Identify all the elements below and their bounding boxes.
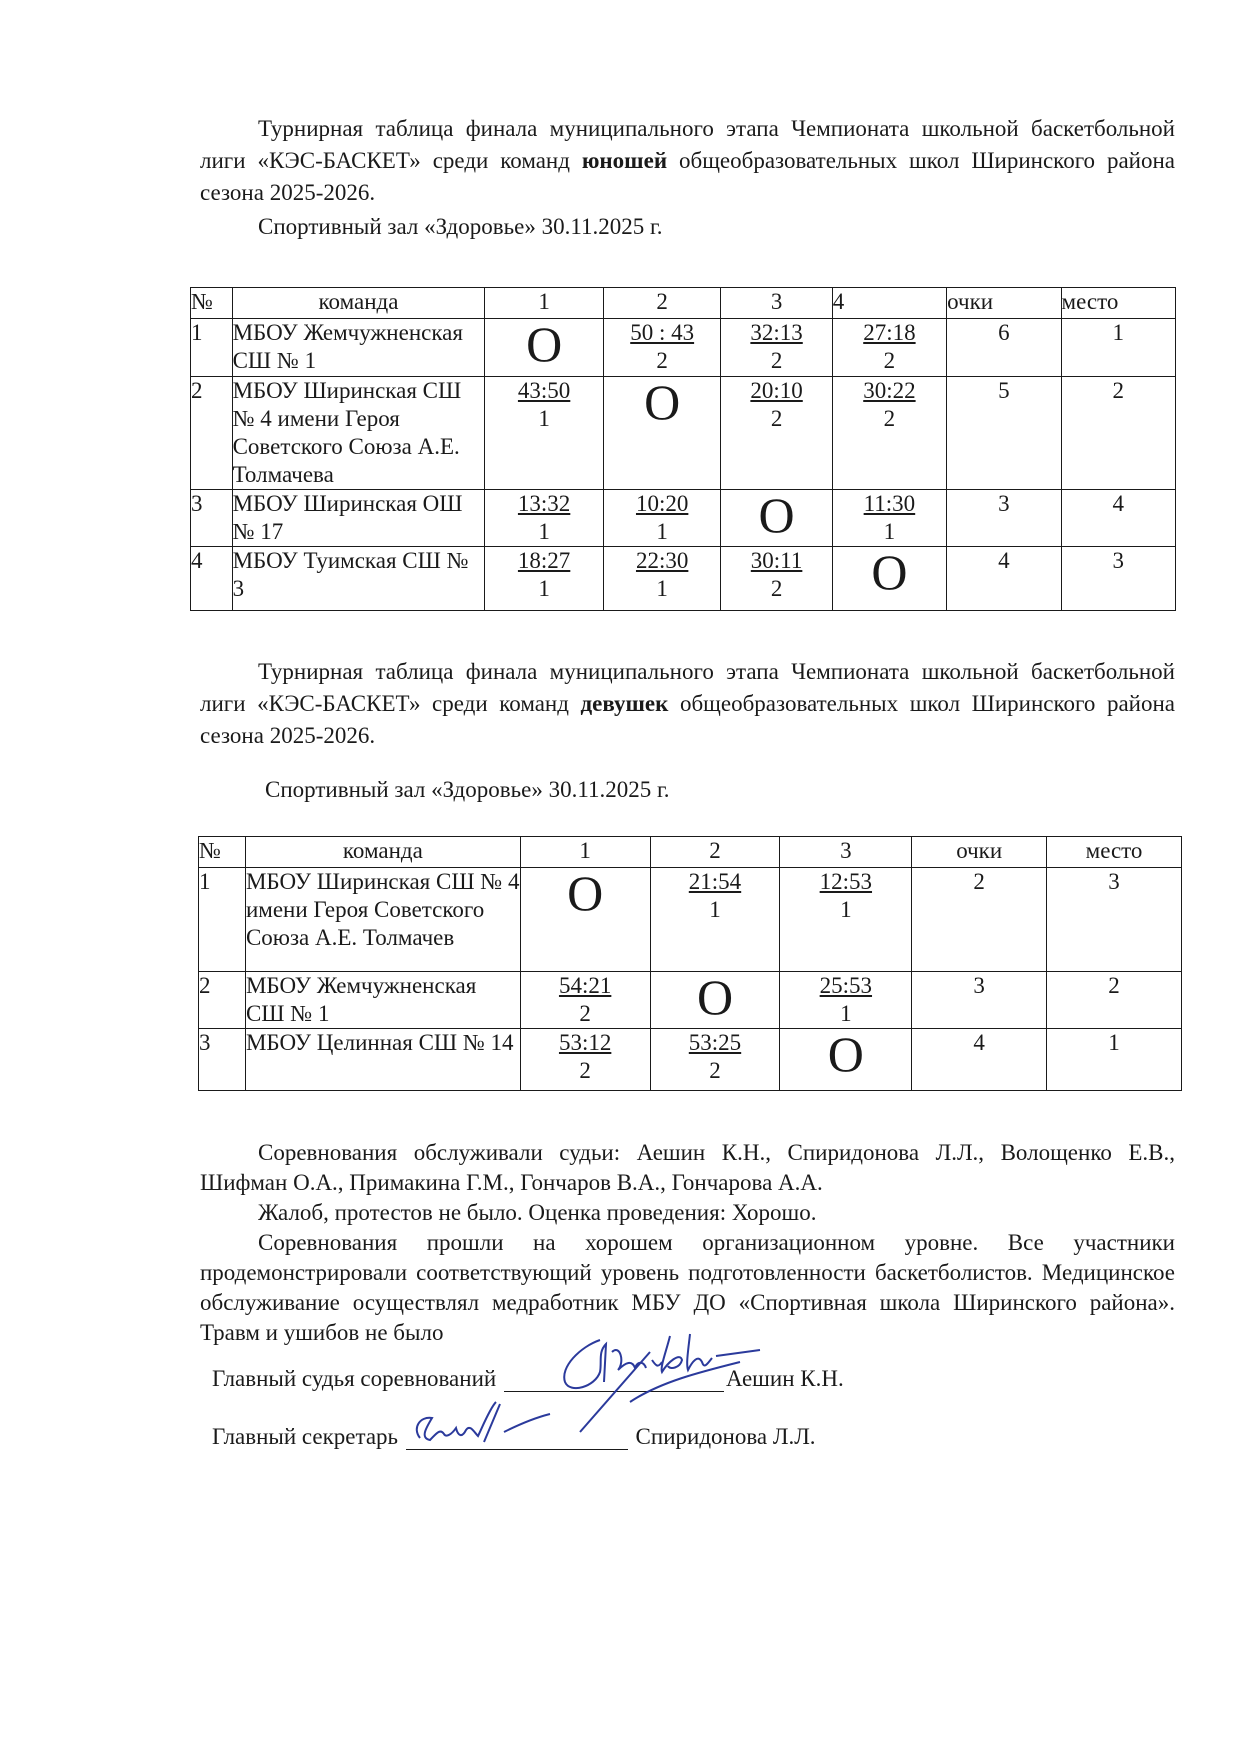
boys-venue: Спортивный зал «Здоровье» 30.11.2025 г.: [258, 214, 663, 240]
header-col-2: 2: [650, 837, 780, 868]
match-result-cell: 53:252: [650, 1029, 780, 1091]
match-result-cell: 13:321: [485, 490, 604, 547]
match-result-cell: 11:301: [832, 490, 946, 547]
match-result-cell: 10:201: [603, 490, 721, 547]
match-result-cell: 32:132: [721, 319, 832, 377]
row-number: 4: [191, 547, 233, 611]
match-points: 2: [521, 1000, 650, 1028]
girls-standings-table: № команда 1 2 3 очки место 1МБОУ Ширинск…: [198, 836, 1182, 1091]
self-match-cell: O: [832, 547, 946, 611]
self-match-cell: O: [780, 1029, 912, 1091]
match-score: 30:22: [833, 377, 946, 405]
chief-judge-label: Главный судья соревнований: [212, 1366, 496, 1391]
chief-judge-name: Аешин К.Н.: [726, 1366, 844, 1391]
match-result-cell: 30:112: [721, 547, 832, 611]
boys-intro-gender: юношей: [582, 148, 667, 173]
match-score: 18:27: [485, 547, 603, 575]
table-header-row: № команда 1 2 3 4 очки место: [191, 288, 1176, 319]
match-score: 43:50: [485, 377, 603, 405]
row-number: 1: [191, 319, 233, 377]
table-header-row: № команда 1 2 3 очки место: [199, 837, 1182, 868]
final-place: 2: [1061, 377, 1175, 490]
total-points: 2: [912, 868, 1047, 972]
girls-venue: Спортивный зал «Здоровье» 30.11.2025 г.: [265, 777, 670, 803]
team-name: МБОУ Жемчужненская СШ № 1: [232, 319, 485, 377]
header-col-1: 1: [485, 288, 604, 319]
header-points: очки: [912, 837, 1047, 868]
final-place: 3: [1061, 547, 1175, 611]
header-place: место: [1047, 837, 1182, 868]
match-points: 2: [833, 347, 946, 375]
match-score: 10:20: [604, 490, 721, 518]
header-team: команда: [232, 288, 485, 319]
self-match-cell: O: [485, 319, 604, 377]
row-number: 1: [199, 868, 246, 972]
match-score: 50 : 43: [604, 319, 721, 347]
match-score: 12:53: [780, 868, 911, 896]
match-points: 2: [604, 347, 721, 375]
total-points: 3: [947, 490, 1061, 547]
header-col-3: 3: [780, 837, 912, 868]
table-row: 1МБОУ Жемчужненская СШ № 1O50 : 43232:13…: [191, 319, 1176, 377]
match-score: 25:53: [780, 972, 911, 1000]
match-score: 21:54: [651, 868, 780, 896]
chief-judge-signature-row: Главный судья соревнований Аешин К.Н.: [212, 1366, 844, 1392]
referees-text: Соревнования обслуживали судьи: Аешин К.…: [200, 1140, 1175, 1195]
final-place: 1: [1047, 1029, 1182, 1091]
match-result-cell: 30:222: [832, 377, 946, 490]
match-result-cell: 43:501: [485, 377, 604, 490]
self-match-cell: O: [650, 972, 780, 1029]
row-number: 3: [199, 1029, 246, 1091]
match-result-cell: 53:122: [520, 1029, 650, 1091]
match-result-cell: 20:102: [721, 377, 832, 490]
summary-paragraph: Соревнования прошли на хорошем организац…: [200, 1228, 1175, 1348]
match-points: 2: [721, 405, 831, 433]
match-score: 53:25: [651, 1029, 780, 1057]
match-points: 1: [485, 518, 603, 546]
row-number: 3: [191, 490, 233, 547]
match-result-cell: 50 : 432: [603, 319, 721, 377]
self-match-cell: O: [603, 377, 721, 490]
summary-text: Соревнования прошли на хорошем организац…: [200, 1230, 1175, 1345]
header-col-3: 3: [721, 288, 832, 319]
match-points: 2: [521, 1057, 650, 1085]
match-points: 1: [780, 896, 911, 924]
self-match-mark-icon: O: [759, 490, 795, 540]
header-num: №: [191, 288, 233, 319]
match-score: 30:11: [721, 547, 831, 575]
row-number: 2: [199, 972, 246, 1029]
table-row: 3МБОУ Целинная СШ № 1453:12253:252O41: [199, 1029, 1182, 1091]
chief-secretary-label: Главный секретарь: [212, 1424, 398, 1449]
chief-secretary-signature-line: [406, 1449, 628, 1450]
complaints-paragraph: Жалоб, протестов не было. Оценка проведе…: [200, 1198, 1175, 1228]
match-score: 32:13: [721, 319, 831, 347]
match-points: 2: [721, 575, 831, 603]
table-row: 2МБОУ Ширинская СШ № 4 имени Героя Совет…: [191, 377, 1176, 490]
self-match-mark-icon: O: [644, 377, 680, 427]
self-match-cell: O: [520, 868, 650, 972]
team-name: МБОУ Туимская СШ № 3: [232, 547, 485, 611]
match-points: 2: [721, 347, 831, 375]
chief-secretary-name: Спиридонова Л.Л.: [636, 1424, 816, 1449]
match-score: 13:32: [485, 490, 603, 518]
header-team: команда: [245, 837, 520, 868]
match-points: 1: [780, 1000, 911, 1028]
match-result-cell: 18:271: [485, 547, 604, 611]
match-points: 1: [604, 518, 721, 546]
header-num: №: [199, 837, 246, 868]
final-place: 3: [1047, 868, 1182, 972]
team-name: МБОУ Жемчужненская СШ № 1: [245, 972, 520, 1029]
match-score: 54:21: [521, 972, 650, 1000]
chief-secretary-signature-row: Главный секретарь Спиридонова Л.Л.: [212, 1424, 816, 1450]
match-result-cell: 22:301: [603, 547, 721, 611]
referees-paragraph: Соревнования обслуживали судьи: Аешин К.…: [200, 1138, 1175, 1198]
match-points: 1: [604, 575, 721, 603]
self-match-cell: O: [721, 490, 832, 547]
match-points: 1: [651, 896, 780, 924]
match-result-cell: 21:541: [650, 868, 780, 972]
match-result-cell: 25:531: [780, 972, 912, 1029]
final-place: 1: [1061, 319, 1175, 377]
closing-section: Соревнования обслуживали судьи: Аешин К.…: [200, 1138, 1175, 1348]
match-score: 20:10: [721, 377, 831, 405]
team-name: МБОУ Ширинская СШ № 4 имени Героя Советс…: [245, 868, 520, 972]
total-points: 5: [947, 377, 1061, 490]
total-points: 3: [912, 972, 1047, 1029]
final-place: 4: [1061, 490, 1175, 547]
complaints-text: Жалоб, протестов не было. Оценка проведе…: [258, 1200, 816, 1225]
girls-intro: Турнирная таблица финала муниципального …: [200, 656, 1175, 752]
final-place: 2: [1047, 972, 1182, 1029]
header-place: место: [1061, 288, 1175, 319]
match-points: 1: [833, 518, 946, 546]
match-result-cell: 12:531: [780, 868, 912, 972]
girls-intro-gender: девушек: [581, 691, 669, 716]
match-points: 2: [833, 405, 946, 433]
match-score: 53:12: [521, 1029, 650, 1057]
boys-intro: Турнирная таблица финала муниципального …: [200, 113, 1175, 209]
table-row: 1МБОУ Ширинская СШ № 4 имени Героя Совет…: [199, 868, 1182, 972]
team-name: МБОУ Ширинская СШ № 4 имени Героя Советс…: [232, 377, 485, 490]
boys-standings-table: № команда 1 2 3 4 очки место 1МБОУ Жемчу…: [190, 287, 1176, 611]
match-points: 1: [485, 405, 603, 433]
header-col-4: 4: [832, 288, 946, 319]
match-score: 11:30: [833, 490, 946, 518]
self-match-mark-icon: O: [871, 547, 907, 597]
header-col-2: 2: [603, 288, 721, 319]
table-row: 4МБОУ Туимская СШ № 318:27122:30130:112O…: [191, 547, 1176, 611]
match-score: 27:18: [833, 319, 946, 347]
total-points: 4: [912, 1029, 1047, 1091]
total-points: 4: [947, 547, 1061, 611]
self-match-mark-icon: O: [526, 319, 562, 369]
header-col-1: 1: [520, 837, 650, 868]
team-name: МБОУ Целинная СШ № 14: [245, 1029, 520, 1091]
self-match-mark-icon: O: [697, 972, 733, 1022]
table-row: 3МБОУ Ширинская ОШ № 1713:32110:201O11:3…: [191, 490, 1176, 547]
row-number: 2: [191, 377, 233, 490]
match-result-cell: 27:182: [832, 319, 946, 377]
match-points: 2: [651, 1057, 780, 1085]
self-match-mark-icon: O: [828, 1029, 864, 1079]
match-score: 22:30: [604, 547, 721, 575]
total-points: 6: [947, 319, 1061, 377]
match-points: 1: [485, 575, 603, 603]
match-result-cell: 54:212: [520, 972, 650, 1029]
team-name: МБОУ Ширинская ОШ № 17: [232, 490, 485, 547]
table-row: 2МБОУ Жемчужненская СШ № 154:212O25:5313…: [199, 972, 1182, 1029]
chief-judge-signature-line: [504, 1391, 724, 1392]
header-points: очки: [947, 288, 1061, 319]
self-match-mark-icon: O: [567, 868, 603, 918]
